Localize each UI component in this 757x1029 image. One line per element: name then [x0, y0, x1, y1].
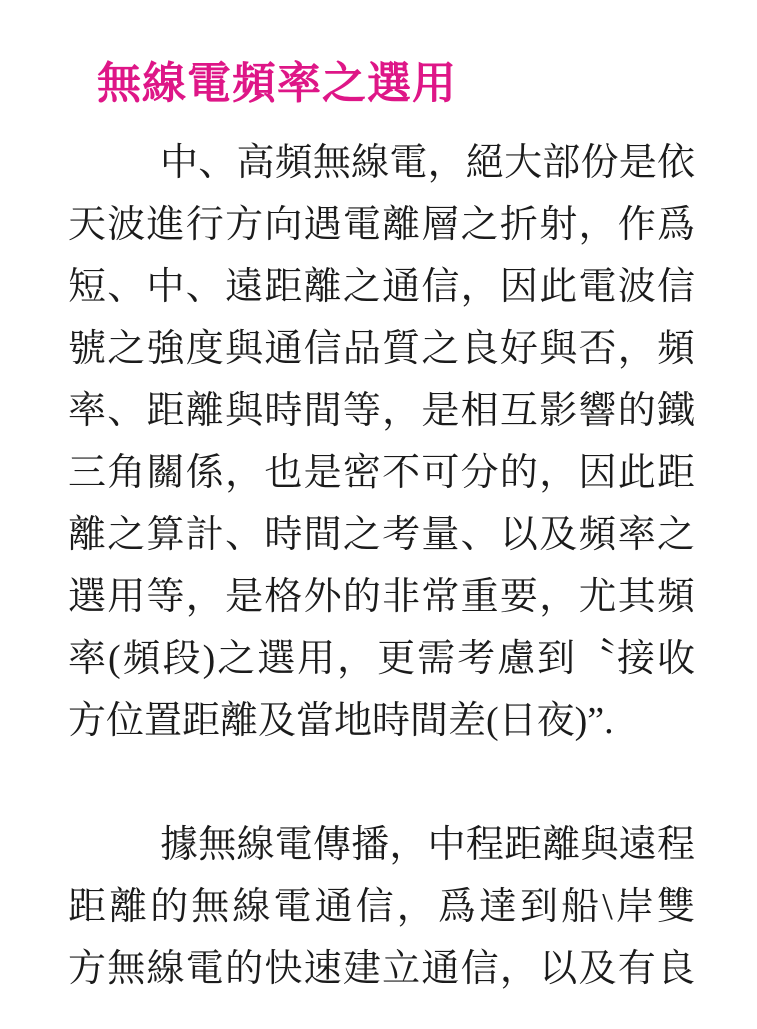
page-title: 無線電頻率之選用	[97, 60, 695, 107]
paragraph-line: 據無線電傳播，中程距離與遠程	[68, 814, 695, 876]
paragraph-line: 三角關係，也是密不可分的，因此距	[68, 442, 695, 504]
paragraph-line: 離之算計、時間之考量、以及頻率之	[68, 504, 695, 566]
paragraph-line: 方位置距離及當地時間差(日夜)”.	[68, 690, 695, 752]
paragraph-line: 率(頻段)之選用，更需考慮到〝接收	[68, 628, 695, 690]
document-page: 無線電頻率之選用 中、高頻無線電，絕大部份是依 天波進行方向遇電離層之折射，作爲…	[0, 0, 757, 1029]
paragraph-line: 方無線電的快速建立通信，以及有良	[68, 938, 695, 1000]
paragraph-line: 率、距離與時間等，是相互影響的鐵	[68, 380, 695, 442]
paragraph-line: 選用等，是格外的非常重要，尤其頻	[68, 566, 695, 628]
body-text: 中、高頻無線電，絕大部份是依 天波進行方向遇電離層之折射，作爲 短、中、遠距離之…	[68, 132, 695, 1000]
paragraph-line: 距離的無線電通信，爲達到船\岸雙	[68, 876, 695, 938]
paragraph-1: 中、高頻無線電，絕大部份是依 天波進行方向遇電離層之折射，作爲 短、中、遠距離之…	[68, 132, 695, 752]
paragraph-line: 短、中、遠距離之通信，因此電波信	[68, 256, 695, 318]
paragraph-line: 號之強度與通信品質之良好與否，頻	[68, 318, 695, 380]
paragraph-line: 中、高頻無線電，絕大部份是依	[68, 132, 695, 194]
paragraph-line: 天波進行方向遇電離層之折射，作爲	[68, 194, 695, 256]
paragraph-2: 據無線電傳播，中程距離與遠程 距離的無線電通信，爲達到船\岸雙 方無線電的快速建…	[68, 814, 695, 1000]
